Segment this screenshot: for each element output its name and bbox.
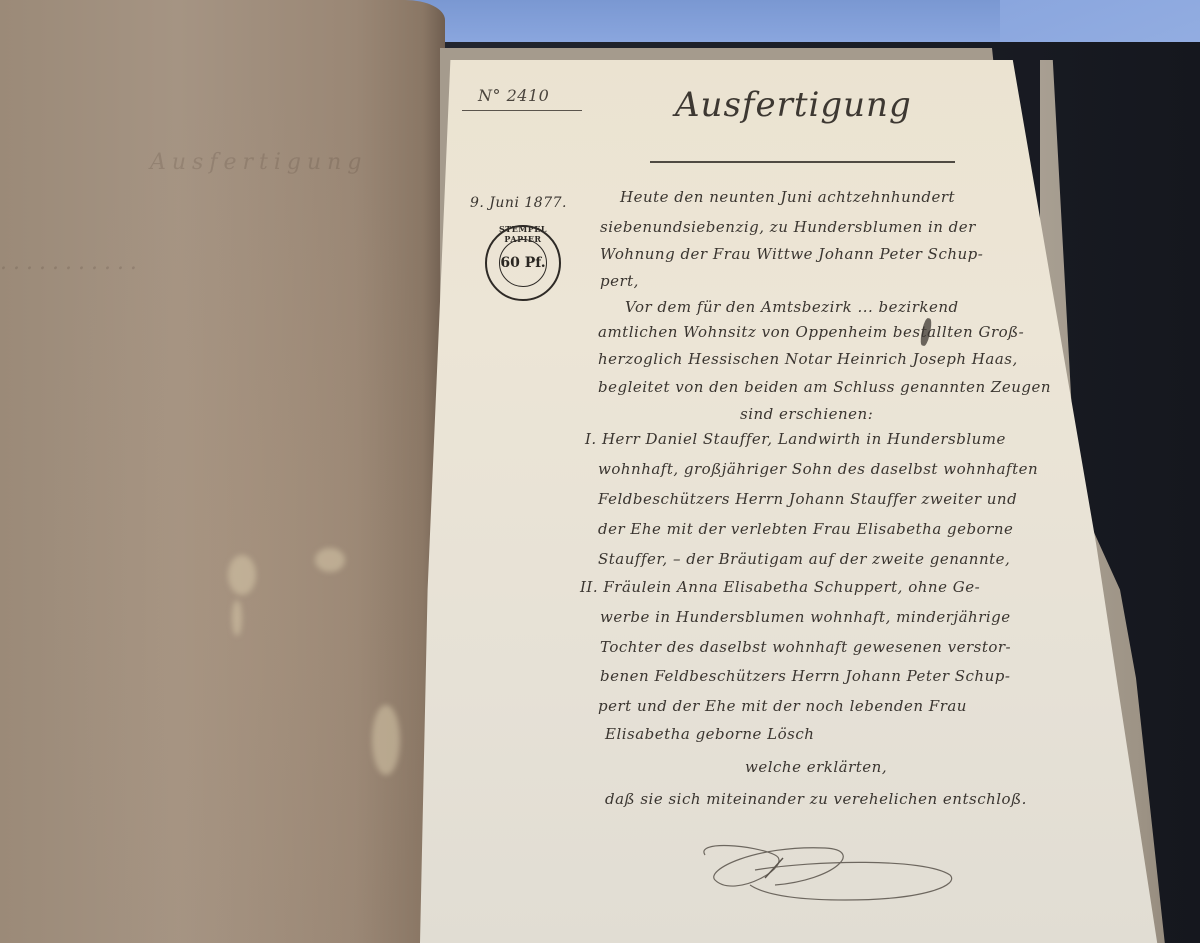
revenue-stamp: STEMPEL PAPIER 60 Pf.: [485, 225, 561, 301]
bleed-through-text: ...........: [0, 250, 143, 275]
text-line: benen Feldbeschützers Herrn Johann Peter…: [600, 667, 1010, 685]
bleed-through-text: Ausfertigung: [150, 150, 367, 175]
text-line: pert und der Ehe mit der noch lebenden F…: [598, 697, 967, 715]
text-line: werbe in Hundersblumen wohnhaft, minderj…: [600, 608, 1011, 626]
text-line: I. Herr Daniel Stauffer, Landwirth in Hu…: [585, 430, 1006, 448]
document-number: N° 2410: [478, 86, 549, 105]
title-underline: [650, 161, 955, 163]
text-line: amtlichen Wohnsitz von Oppenheim bestall…: [598, 323, 1024, 341]
text-line: sind erschienen:: [740, 405, 873, 423]
text-line: Heute den neunten Juni achtzehnhundert: [620, 188, 955, 206]
text-line: II. Fräulein Anna Elisabetha Schuppert, …: [580, 578, 980, 596]
photo-scene: Ausfertigung ........... N° 2410 Ausfert…: [0, 0, 1200, 943]
water-stain: [372, 705, 400, 775]
text-line: pert,: [600, 272, 639, 290]
text-line: der Ehe mit der verlebten Frau Elisabeth…: [598, 520, 1013, 538]
water-stain: [228, 555, 256, 595]
text-line: Feldbeschützers Herrn Johann Stauffer zw…: [598, 490, 1017, 508]
left-book-page: Ausfertigung ...........: [0, 0, 445, 943]
text-line: siebenundsiebenzig, zu Hundersblumen in …: [600, 218, 976, 236]
water-stain: [315, 548, 345, 572]
text-line: Vor dem für den Amtsbezirk ... bezirkend: [625, 298, 959, 316]
text-line: herzoglich Hessischen Notar Heinrich Jos…: [598, 350, 1018, 368]
text-line: Stauffer, – der Bräutigam auf der zweite…: [598, 550, 1010, 568]
text-line: Wohnung der Frau Wittwe Johann Peter Sch…: [600, 245, 983, 263]
water-stain: [232, 600, 242, 636]
stamp-value: 60 Pf.: [499, 239, 547, 287]
text-line: welche erklärten,: [745, 758, 887, 776]
signature-flourish: [695, 840, 965, 905]
text-line: begleitet von den beiden am Schluss gena…: [598, 378, 1051, 396]
stamp-ring-text: STEMPEL PAPIER: [487, 224, 559, 244]
text-line: Elisabetha geborne Lösch: [605, 725, 814, 743]
text-line: daß sie sich miteinander zu verehelichen…: [605, 790, 1027, 808]
text-line: wohnhaft, großjähriger Sohn des daselbst…: [598, 460, 1038, 478]
number-underline: [462, 110, 582, 111]
text-line: Tochter des daselbst wohnhaft gewesenen …: [600, 638, 1011, 656]
margin-date: 9. Juni 1877.: [470, 195, 567, 211]
document-title: Ausfertigung: [675, 85, 912, 125]
